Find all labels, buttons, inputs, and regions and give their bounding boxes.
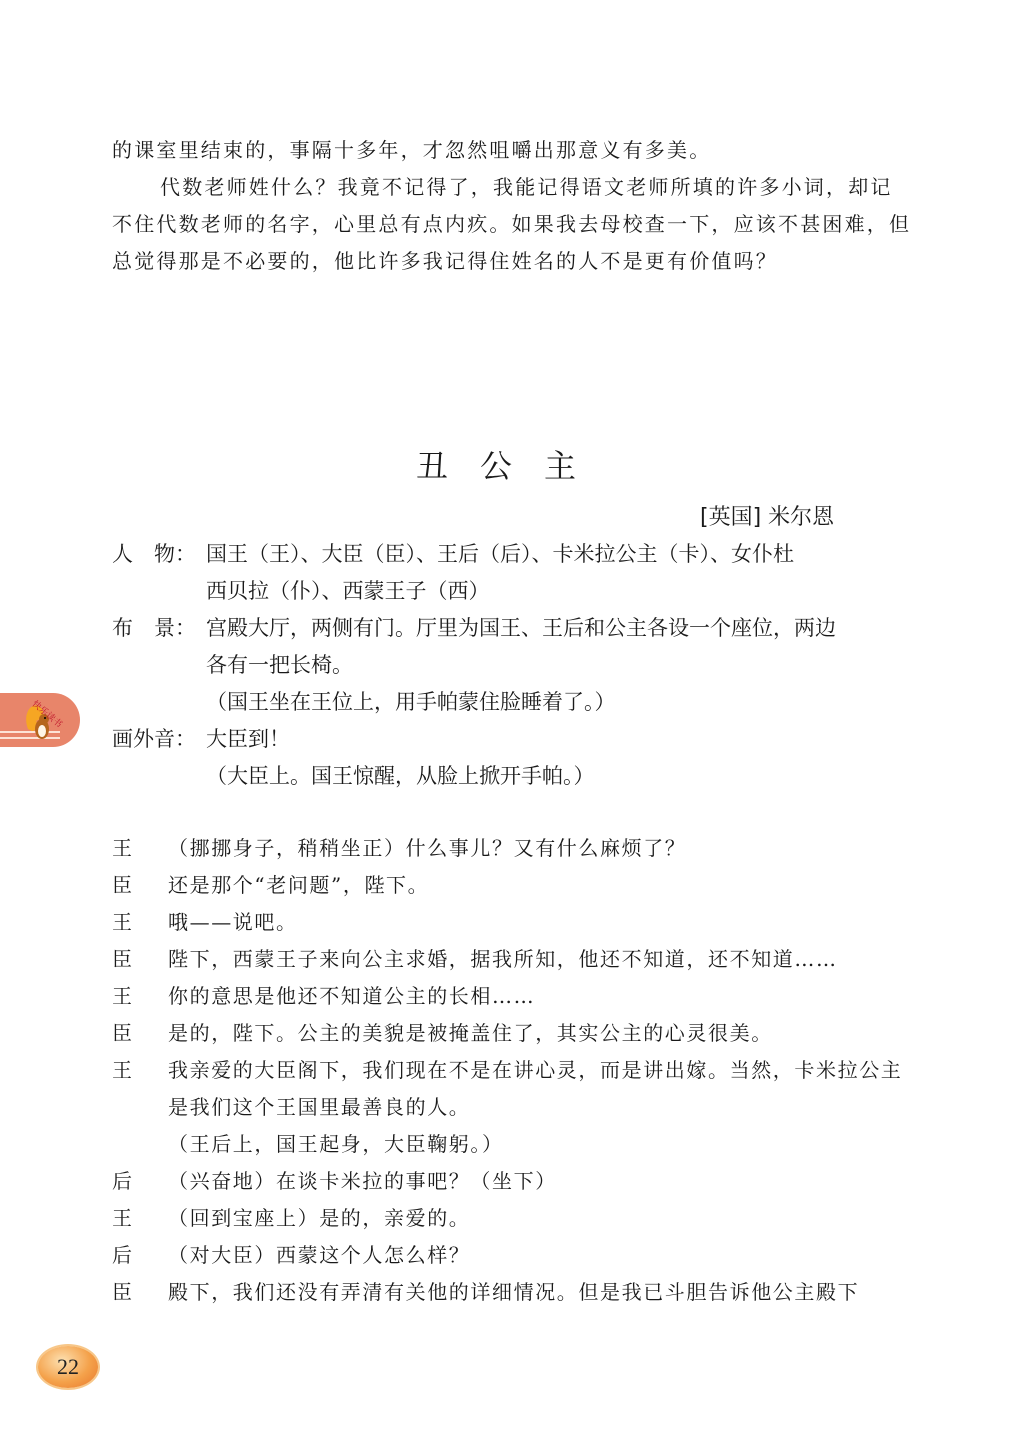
speaker: 后 [112, 1237, 168, 1274]
play-meta: 人 物： 国王（王）、大臣（臣）、王后（后）、卡米拉公主（卡）、女仆杜 西贝拉（… [112, 536, 922, 795]
speaker: 臣 [112, 867, 168, 904]
line-text: 是的，陛下。公主的美貌是被掩盖住了，其实公主的心灵很美。 [168, 1015, 922, 1052]
stage-direction: （王后上，国王起身，大臣鞠躬。） [168, 1126, 922, 1163]
line-text: （对大臣）西蒙这个人怎么样？ [168, 1237, 922, 1274]
page-number: 22 [38, 1346, 98, 1388]
speaker: 后 [112, 1163, 168, 1200]
dialogue-line: （王后上，国王起身，大臣鞠躬。） [112, 1126, 922, 1163]
line-text: 陛下，西蒙王子来向公主求婚，据我所知，他还不知道，还不知道…… [168, 941, 922, 978]
setting-label: 布 景： [112, 610, 206, 721]
dialogue-line: 后（对大臣）西蒙这个人怎么样？ [112, 1237, 922, 1274]
speaker [112, 1126, 168, 1163]
play-title: 丑公主 [0, 441, 1024, 487]
line-text: 你的意思是他还不知道公主的长相…… [168, 978, 922, 1015]
stage-direction: （国王坐在王位上，用手帕蒙住脸睡着了。） [206, 684, 922, 721]
play-author: [英国] 米尔恩 [700, 500, 834, 531]
prose-paragraph: 代数老师姓什么？我竟不记得了，我能记得语文老师所填的许多小词，却记不住代数老师的… [112, 169, 912, 280]
line-text: （回到宝座上）是的，亲爱的。 [168, 1200, 922, 1237]
setting-line: 宫殿大厅，两侧有门。厅里为国王、王后和公主各设一个座位，两边 [206, 610, 922, 647]
offstage-label: 画外音： [112, 721, 206, 795]
speaker: 王 [112, 904, 168, 941]
offstage-row: 画外音： 大臣到！ （大臣上。国王惊醒，从脸上掀开手帕。） [112, 721, 922, 795]
dialogue-line: 臣还是那个“老问题”，陛下。 [112, 867, 922, 904]
prose-section: 的课室里结束的，事隔十多年，才忽然咀嚼出那意义有多美。 代数老师姓什么？我竟不记… [112, 132, 912, 280]
section-side-tab: 快乐读书 [0, 693, 80, 747]
line-text: （兴奋地）在谈卡米拉的事吧？（坐下） [168, 1163, 922, 1200]
speaker: 王 [112, 830, 168, 867]
characters-line: 国王（王）、大臣（臣）、王后（后）、卡米拉公主（卡）、女仆杜 [206, 536, 922, 573]
offstage-line: 大臣到！ [206, 721, 922, 758]
characters-label: 人 物： [112, 536, 206, 610]
dialogue-line: 王（挪挪身子，稍稍坐正）什么事儿？又有什么麻烦了？ [112, 830, 922, 867]
line-text: 哦——说吧。 [168, 904, 922, 941]
speaker: 臣 [112, 941, 168, 978]
speaker: 臣 [112, 1015, 168, 1052]
speaker: 臣 [112, 1274, 168, 1311]
line-text: （挪挪身子，稍稍坐正）什么事儿？又有什么麻烦了？ [168, 830, 922, 867]
dialogue-line: 臣是的，陛下。公主的美貌是被掩盖住了，其实公主的心灵很美。 [112, 1015, 922, 1052]
dialogue-line: 王我亲爱的大臣阁下，我们现在不是在讲心灵，而是讲出嫁。当然，卡米拉公主是我们这个… [112, 1052, 922, 1126]
line-text: 还是那个“老问题”，陛下。 [168, 867, 922, 904]
speaker: 王 [112, 1052, 168, 1126]
characters-line: 西贝拉（仆）、西蒙王子（西） [206, 573, 922, 610]
textbook-page: 的课室里结束的，事隔十多年，才忽然咀嚼出那意义有多美。 代数老师姓什么？我竟不记… [0, 0, 1024, 1439]
dialogue-line: 王你的意思是他还不知道公主的长相…… [112, 978, 922, 1015]
dialogue-line: 臣陛下，西蒙王子来向公主求婚，据我所知，他还不知道，还不知道…… [112, 941, 922, 978]
line-text: 殿下，我们还没有弄清有关他的详细情况。但是我已斗胆告诉他公主殿下 [168, 1274, 922, 1311]
line-text: 我亲爱的大臣阁下，我们现在不是在讲心灵，而是讲出嫁。当然，卡米拉公主是我们这个王… [168, 1052, 922, 1126]
characters-row: 人 物： 国王（王）、大臣（臣）、王后（后）、卡米拉公主（卡）、女仆杜 西贝拉（… [112, 536, 922, 610]
speaker: 王 [112, 978, 168, 1015]
setting-line: 各有一把长椅。 [206, 647, 922, 684]
dialogue-line: 后（兴奋地）在谈卡米拉的事吧？（坐下） [112, 1163, 922, 1200]
prose-paragraph: 的课室里结束的，事隔十多年，才忽然咀嚼出那意义有多美。 [112, 132, 912, 169]
dialogue-line: 王哦——说吧。 [112, 904, 922, 941]
dialogue-line: 臣殿下，我们还没有弄清有关他的详细情况。但是我已斗胆告诉他公主殿下 [112, 1274, 922, 1311]
dialogue-line: 王（回到宝座上）是的，亲爱的。 [112, 1200, 922, 1237]
speaker: 王 [112, 1200, 168, 1237]
dialogue-section: 王（挪挪身子，稍稍坐正）什么事儿？又有什么麻烦了？ 臣还是那个“老问题”，陛下。… [112, 830, 922, 1311]
stage-direction: （大臣上。国王惊醒，从脸上掀开手帕。） [206, 758, 922, 795]
setting-row: 布 景： 宫殿大厅，两侧有门。厅里为国王、王后和公主各设一个座位，两边 各有一把… [112, 610, 922, 721]
